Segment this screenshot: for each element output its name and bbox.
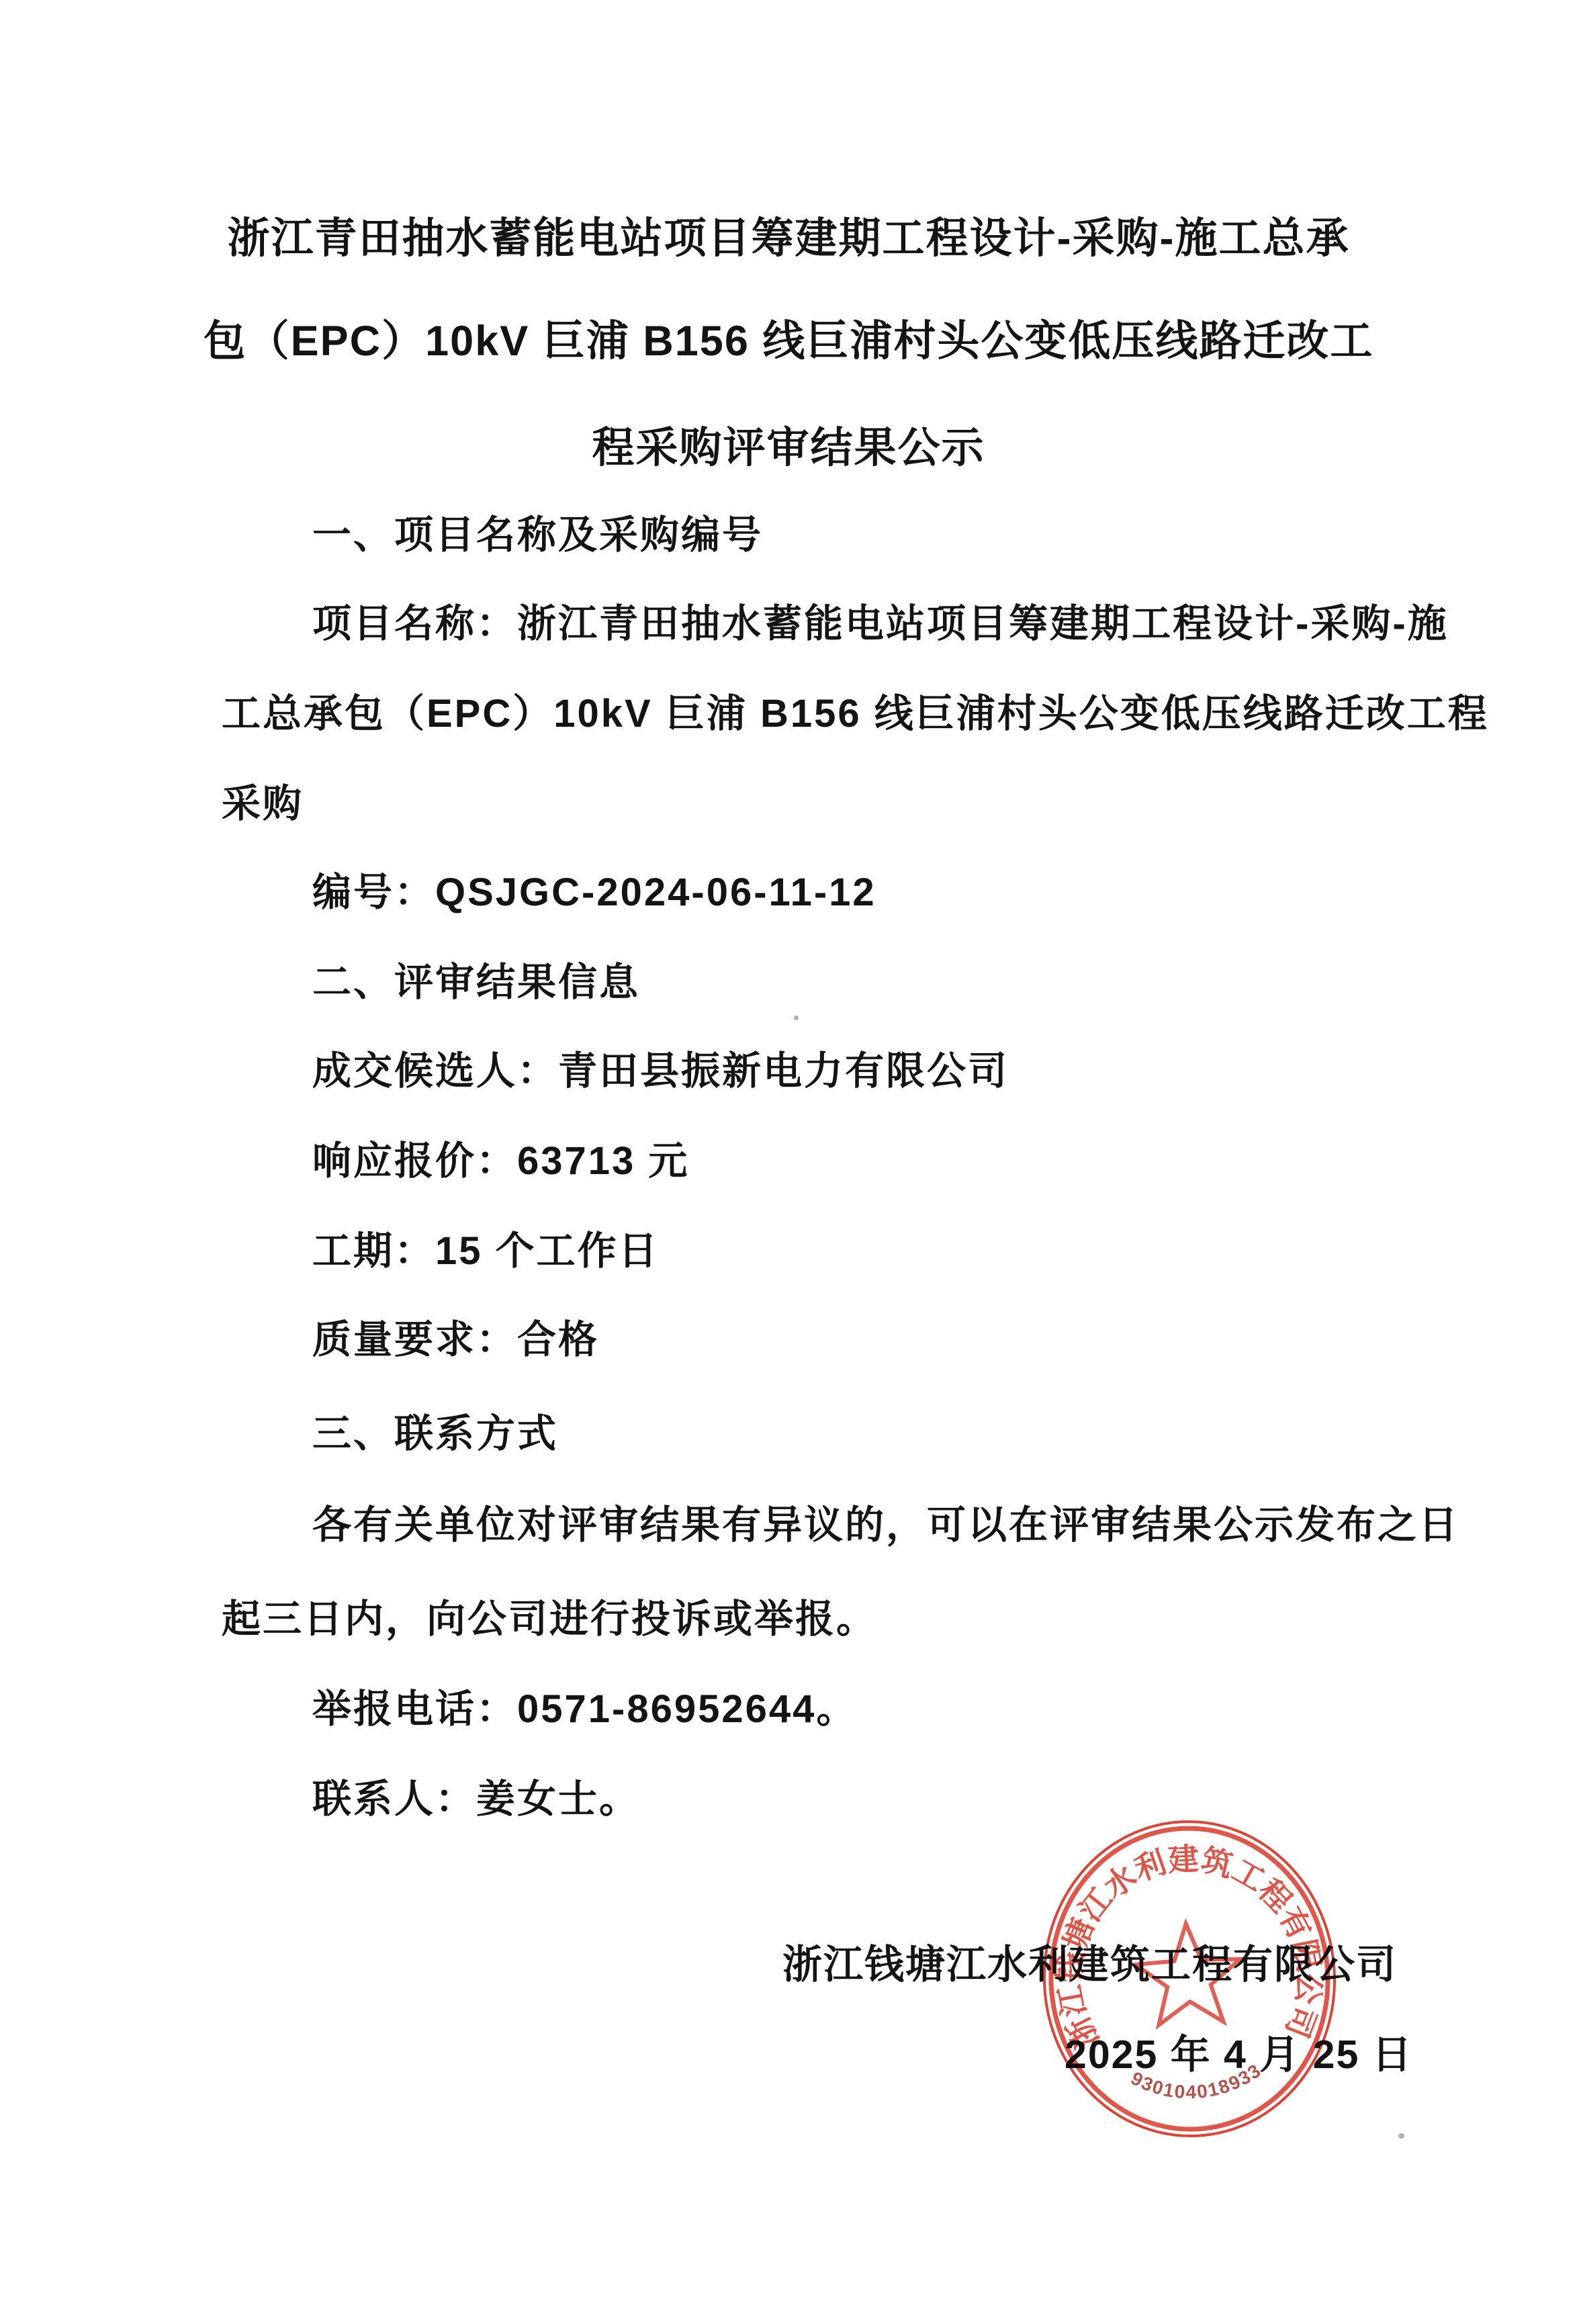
ink-speck	[1398, 2133, 1404, 2139]
project-name-line-2: 工总承包（EPC）10kV 巨浦 B156 线巨浦村头公变低压线路迁改工程	[222, 695, 1489, 733]
document-title-line-2: 包（EPC）10kV 巨浦 B156 线巨浦村头公变低压线路迁改工	[0, 320, 1577, 363]
ink-speck	[794, 1016, 799, 1020]
objection-notice-line-2: 起三日内，向公司进行投诉或举报。	[222, 1600, 877, 1639]
seal-serial-number: 930104018933	[1126, 2059, 1266, 2106]
objection-notice-line-1: 各有关单位对评审结果有异议的，可以在评审结果公示发布之日	[312, 1506, 1459, 1545]
scanned-document-page: 浙江青田抽水蓄能电站项目筹建期工程设计-采购-施工总承 包（EPC）10kV 巨…	[0, 0, 1577, 2324]
document-title-line-3: 程采购评审结果公示	[0, 427, 1577, 470]
section-2-heading: 二、评审结果信息	[312, 963, 640, 1002]
seal-star-icon	[1134, 1921, 1244, 2026]
contact-person: 联系人：姜女士。	[312, 1780, 640, 1819]
procurement-number: 编号：QSJGC-2024-06-11-12	[312, 873, 876, 912]
project-name-line-3: 采购	[222, 785, 304, 823]
company-seal: 浙江钱塘江水利建筑工程有限公司 930104018933	[1033, 1812, 1348, 2149]
section-3-heading: 三、联系方式	[312, 1415, 558, 1454]
document-title-line-1: 浙江青田抽水蓄能电站项目筹建期工程设计-采购-施工总承	[0, 218, 1577, 260]
project-name-line-1: 项目名称：浙江青田抽水蓄能电站项目筹建期工程设计-采购-施	[312, 605, 1449, 643]
construction-period: 工期：15 个工作日	[312, 1232, 660, 1271]
section-1-heading: 一、项目名称及采购编号	[312, 516, 763, 555]
report-phone: 举报电话：0571-86952644。	[312, 1690, 857, 1729]
bid-price: 响应报价：63713 元	[312, 1142, 689, 1181]
quality-requirement: 质量要求：合格	[312, 1321, 599, 1359]
winning-candidate: 成交候选人：青田县振新电力有限公司	[312, 1052, 1009, 1091]
